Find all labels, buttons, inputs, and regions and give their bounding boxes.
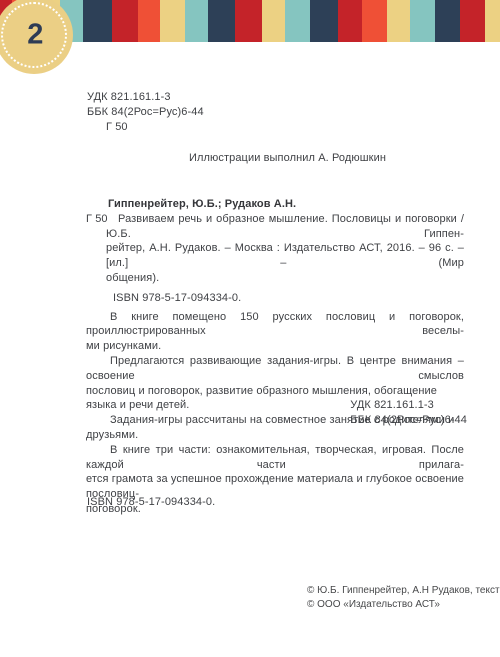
stripe bbox=[235, 0, 262, 42]
annotation-line: Предлагаются развивающие задания-игры. В… bbox=[86, 354, 464, 384]
stripe bbox=[208, 0, 235, 42]
stripe bbox=[310, 0, 338, 42]
bibliographic-description: Г 50 Развиваем речь и образное мышление.… bbox=[86, 212, 464, 286]
copyright-authors-line: © Ю.Б. Гиппенрейтер, А.Н Рудаков, текст bbox=[307, 584, 500, 598]
illustrator-credit: Иллюстрации выполнил А. Родюшкин bbox=[86, 151, 463, 166]
page-number: 2 bbox=[27, 19, 43, 52]
copyright-block: © Ю.Б. Гиппенрейтер, А.Н Рудаков, текст … bbox=[307, 584, 500, 611]
description-line: общения). bbox=[106, 271, 464, 286]
classification-block: УДК 821.161.1-3 ББК 84(2Рос=Рус)6-44 Г 5… bbox=[87, 90, 204, 134]
bbk-line-bottom: ББК 84(2Рос=Рус)6-44 bbox=[350, 413, 467, 428]
annotation-line: В книге три части: ознакомительная, твор… bbox=[86, 443, 464, 473]
stripe bbox=[485, 0, 500, 42]
stripe bbox=[262, 0, 285, 42]
stripe bbox=[285, 0, 310, 42]
bottom-classification-block: УДК 821.161.1-3 ББК 84(2Рос=Рус)6-44 bbox=[350, 398, 467, 428]
stripe bbox=[112, 0, 138, 42]
stripe bbox=[185, 0, 208, 42]
stripe bbox=[362, 0, 387, 42]
author-sign-code: Г 50 bbox=[87, 120, 204, 135]
isbn-card-line: ISBN 978-5-17-094334-0. bbox=[86, 291, 464, 306]
description-line: Развиваем речь и образное мышление. Посл… bbox=[106, 212, 464, 242]
annotation-line: ми рисунками. bbox=[86, 339, 464, 354]
book-imprint-page: 2 УДК 821.161.1-3 ББК 84(2Рос=Рус)6-44 Г… bbox=[0, 0, 500, 657]
stripe bbox=[460, 0, 485, 42]
udk-line: УДК 821.161.1-3 bbox=[87, 90, 204, 105]
udk-line-bottom: УДК 821.161.1-3 bbox=[350, 398, 467, 413]
stripe bbox=[83, 0, 112, 42]
stripe-band bbox=[0, 0, 500, 42]
page-number-badge: 2 bbox=[0, 0, 73, 74]
bbk-line: ББК 84(2Рос=Рус)6-44 bbox=[87, 105, 204, 120]
stripe bbox=[160, 0, 185, 42]
stripe bbox=[338, 0, 362, 42]
stripe bbox=[410, 0, 435, 42]
annotation-line: В книге помещено 150 русских пословиц и … bbox=[86, 310, 464, 340]
stripe bbox=[138, 0, 160, 42]
stripe bbox=[387, 0, 410, 42]
stripe bbox=[435, 0, 460, 42]
copyright-publisher-line: © ООО «Издательство АСТ» bbox=[307, 598, 500, 612]
hanging-author-sign-code: Г 50 bbox=[86, 212, 108, 227]
isbn-bottom-line: ISBN 978-5-17-094334-0. bbox=[87, 495, 215, 510]
description-line: рейтер, А.Н. Рудаков. – Москва : Издател… bbox=[106, 241, 464, 271]
authors-heading: Гиппенрейтер, Ю.Б.; Рудаков А.Н. bbox=[86, 197, 464, 212]
catalog-card: Гиппенрейтер, Ю.Б.; Рудаков А.Н. Г 50 Ра… bbox=[86, 197, 464, 517]
